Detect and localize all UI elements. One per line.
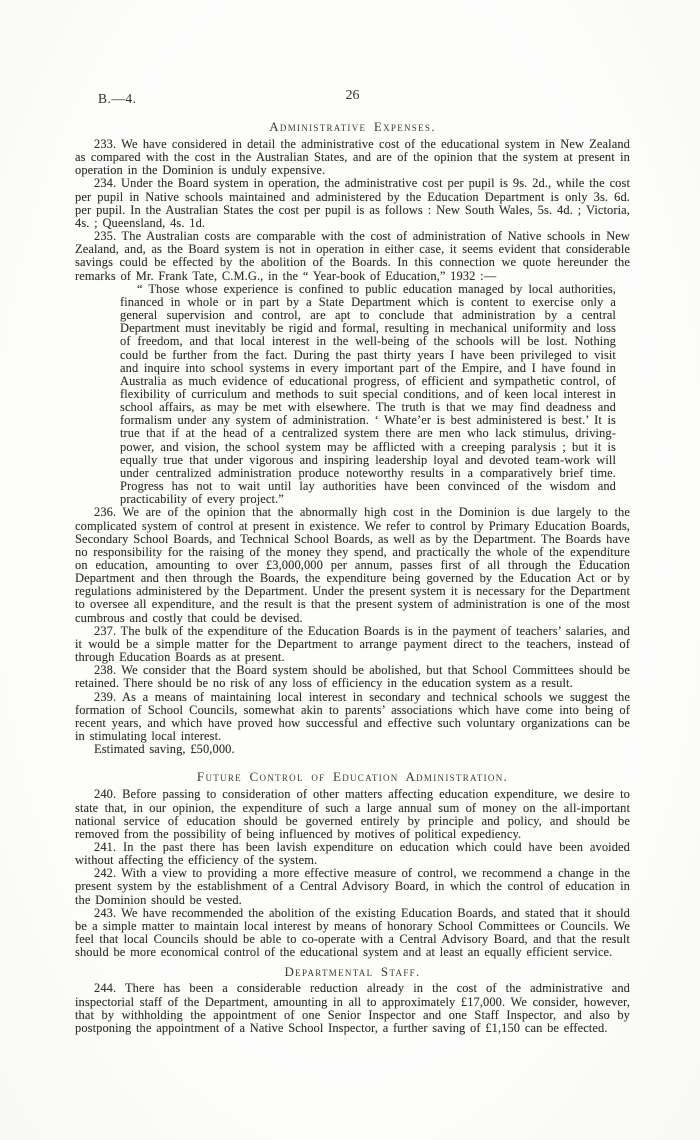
document-page: B.—4. 26 Administrative Expenses. 233. W…	[0, 0, 700, 1140]
paragraph-243: 243. We have recommended the abolition o…	[75, 907, 630, 960]
section-heading: Future Control of Education Administrati…	[75, 769, 630, 785]
section-departmental-staff: Departmental Staff. 244. There has been …	[75, 964, 630, 1035]
estimated-saving-line: Estimated saving, £50,000.	[75, 743, 630, 756]
paragraph-239: 239. As a means of maintaining local int…	[75, 691, 630, 744]
paragraph-242: 242. With a view to providing a more eff…	[75, 867, 630, 906]
section-heading: Administrative Expenses.	[75, 119, 630, 135]
paragraph-237: 237. The bulk of the expenditure of the …	[75, 625, 630, 664]
quoted-passage-frank-tate: “ Those whose experience is confined to …	[120, 283, 616, 507]
paragraph-234: 234. Under the Board system in operation…	[75, 177, 630, 230]
section-future-control: Future Control of Education Administrati…	[75, 769, 630, 959]
section-heading: Departmental Staff.	[75, 964, 630, 980]
paragraph-236: 236. We are of the opinion that the abno…	[75, 506, 630, 624]
paragraph-244: 244. There has been a considerable reduc…	[75, 982, 630, 1035]
paragraph-241: 241. In the past there has been lavish e…	[75, 841, 630, 867]
paragraph-238: 238. We consider that the Board system s…	[75, 664, 630, 690]
page-header: B.—4. 26	[75, 88, 630, 106]
page-number: 26	[75, 88, 630, 104]
paragraph-235: 235. The Australian costs are comparable…	[75, 230, 630, 283]
paragraph-240: 240. Before passing to consideration of …	[75, 788, 630, 841]
paragraph-233: 233. We have considered in detail the ad…	[75, 138, 630, 177]
section-administrative-expenses: Administrative Expenses. 233. We have co…	[75, 119, 630, 756]
